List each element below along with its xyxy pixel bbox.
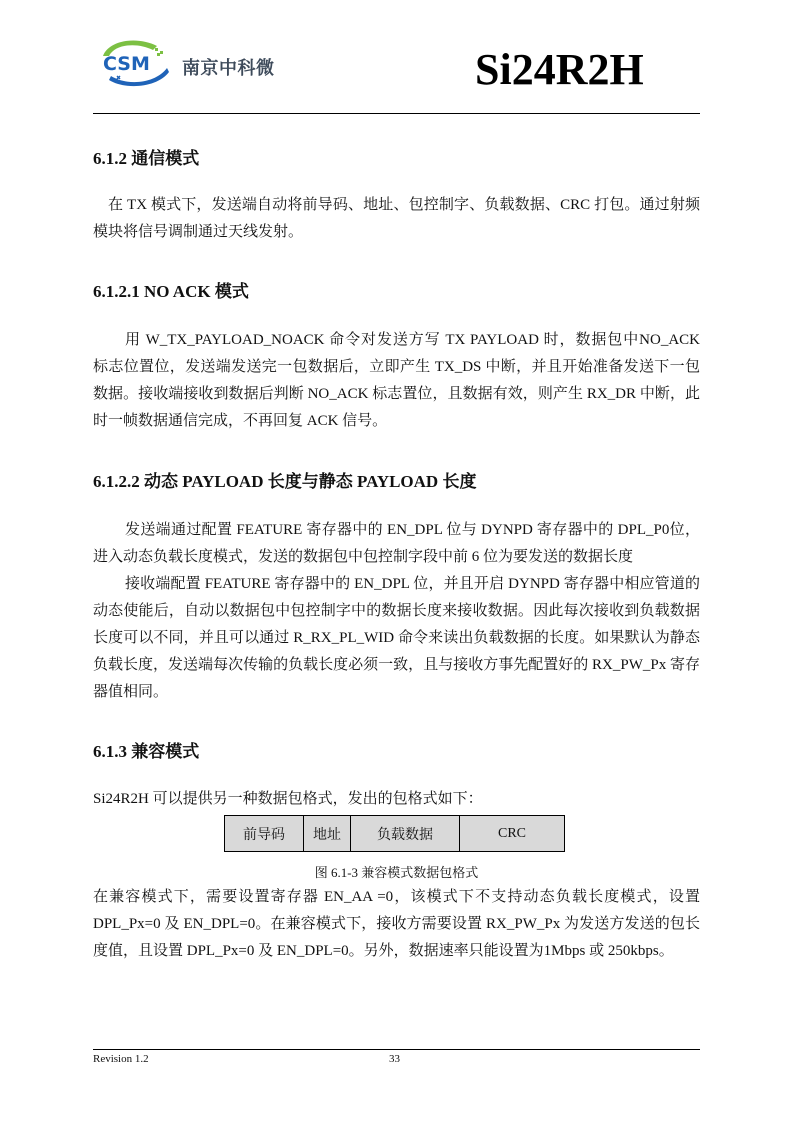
heading-6-1-2: 6.1.2 通信模式 [93,144,199,169]
packet-field-crc: CRC [460,816,565,852]
heading-6-1-2-2: 6.1.2.2 动态 PAYLOAD 长度与静态 PAYLOAD 长度 [93,467,476,492]
page-number: 33 [389,1053,400,1065]
packet-field-preamble: 前导码 [225,816,304,852]
csm-logo-icon: CSM [97,34,177,88]
header-rule [93,113,700,114]
para-6-1-3: 在兼容模式下，需要设置寄存器 EN_AA =0，该模式下不支持动态负载长度模式，… [93,884,700,965]
revision-label: Revision 1.2 [93,1053,149,1065]
heading-6-1-3: 6.1.3 兼容模式 [93,737,199,762]
product-title: Si24R2H [475,44,644,95]
csm-logo: CSM [97,34,177,88]
packet-format-table: 前导码 地址 负载数据 CRC [224,815,565,852]
packet-field-address: 地址 [304,816,351,852]
heading-6-1-2-1: 6.1.2.1 NO ACK 模式 [93,277,249,302]
para-6-1-2: 在 TX 模式下，发送端自动将前导码、地址、包控制字、负载数据、CRC 打包。通… [93,192,700,246]
svg-text:CSM: CSM [103,53,150,75]
figure-caption: 图 6.1-3 兼容模式数据包格式 [0,862,793,881]
para-6-1-3-intro: Si24R2H 可以提供另一种数据包格式，发出的包格式如下： [93,786,700,813]
para-6-1-2-2-b: 接收端配置 FEATURE 寄存器中的 EN_DPL 位，并且开启 DYNPD … [93,571,700,706]
para-6-1-2-1: 用 W_TX_PAYLOAD_NOACK 命令对发送方写 TX PAYLOAD … [93,327,700,435]
footer-rule [93,1049,700,1050]
para-6-1-2-2-a: 发送端通过配置 FEATURE 寄存器中的 EN_DPL 位与 DYNPD 寄存… [93,517,700,571]
company-name: 南京中科微 [182,54,275,80]
packet-field-payload: 负载数据 [351,816,460,852]
